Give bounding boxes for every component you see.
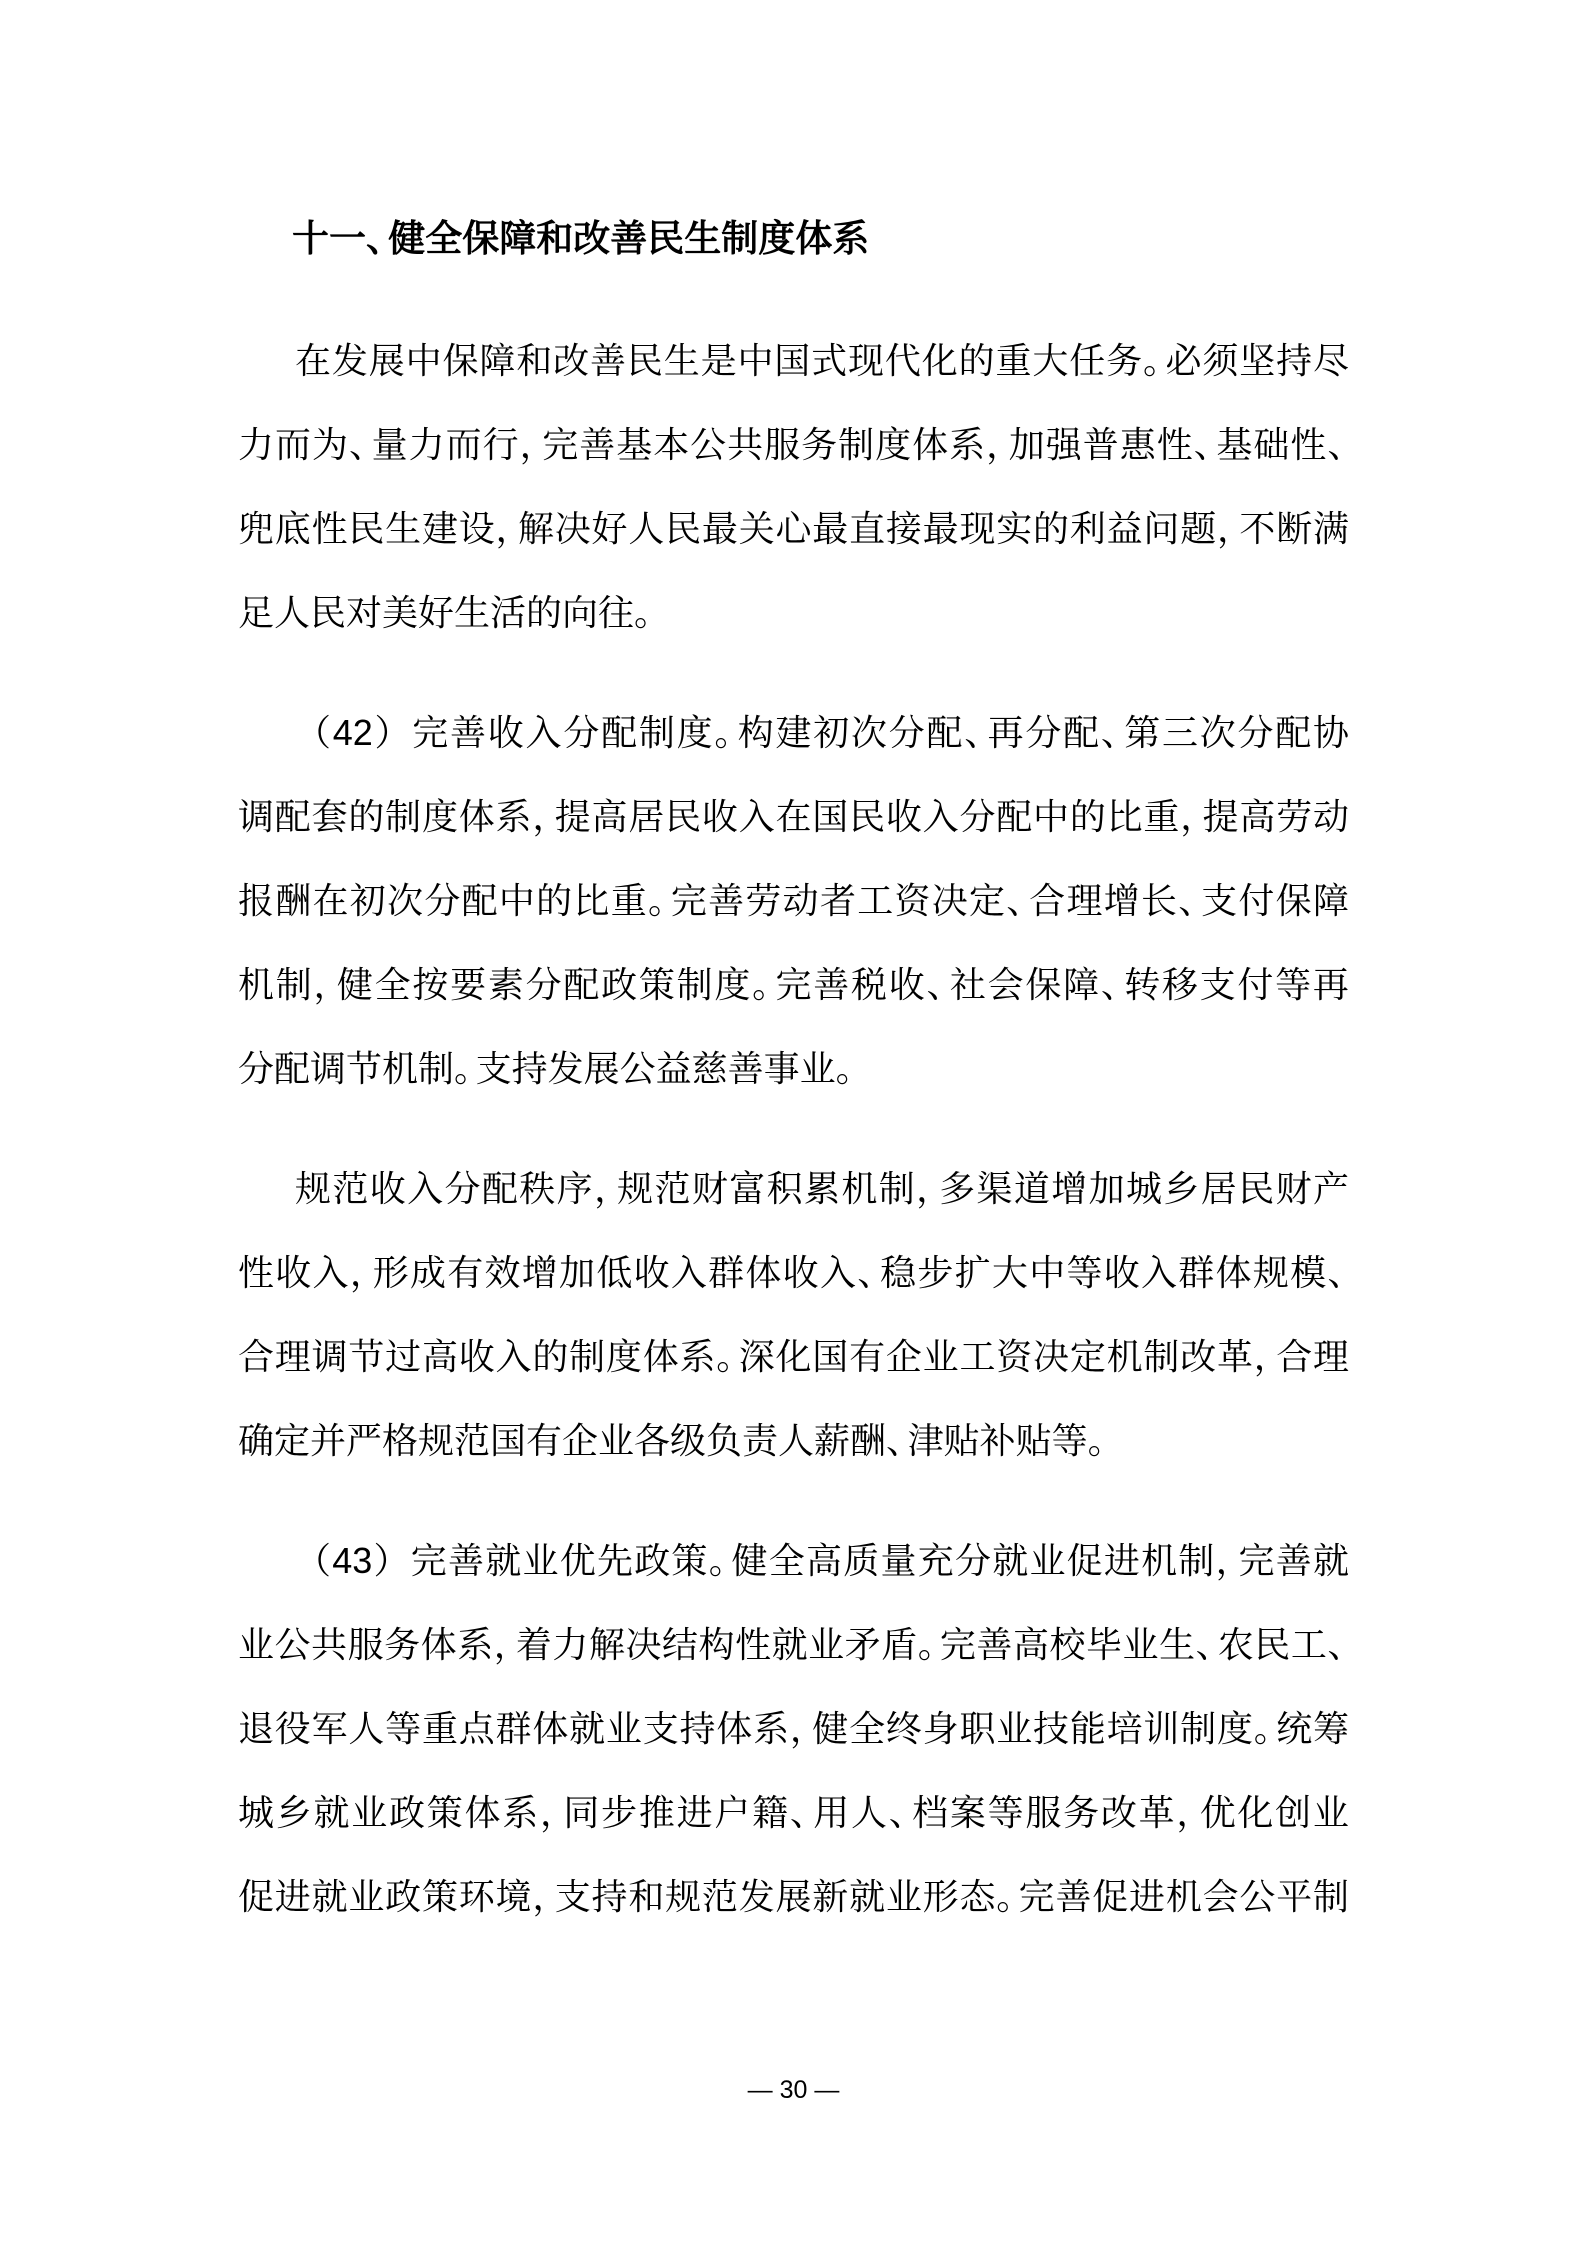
text-line: 在发展中保障和改善民生是中国式现代化的重大任务。必须坚持尽 (238, 319, 1349, 403)
text-line: 报酬在初次分配中的比重。完善劳动者工资决定、合理增长、支付保障 (238, 859, 1349, 943)
text-line: 确定并严格规范国有企业各级负责人薪酬、津贴补贴等。 (238, 1399, 1349, 1483)
text-line: 城乡就业政策体系，同步推进户籍、用人、档案等服务改革，优化创业 (238, 1771, 1349, 1855)
text-line: 兜底性民生建设，解决好人民最关心最直接最现实的利益问题，不断满 (238, 487, 1349, 571)
paragraph: （42）完善收入分配制度。构建初次分配、再分配、第三次分配协 调配套的制度体系，… (238, 691, 1349, 1111)
text-line: 业公共服务体系，着力解决结构性就业矛盾。完善高校毕业生、农民工、 (238, 1603, 1349, 1687)
section-heading: 十一、健全保障和改善民生制度体系 (292, 197, 1349, 281)
text-line: 分配调节机制。支持发展公益慈善事业。 (238, 1027, 1349, 1111)
text-line: 机制，健全按要素分配政策制度。完善税收、社会保障、转移支付等再 (238, 943, 1349, 1027)
document-page: 十一、健全保障和改善民生制度体系 在发展中保障和改善民生是中国式现代化的重大任务… (0, 0, 1587, 2245)
text-line: 调配套的制度体系，提高居民收入在国民收入分配中的比重，提高劳动 (238, 775, 1349, 859)
text-line: 规范收入分配秩序，规范财富积累机制，多渠道增加城乡居民财产 (238, 1147, 1349, 1231)
text-line: 足人民对美好生活的向往。 (238, 571, 1349, 655)
text-line: 性收入，形成有效增加低收入群体收入、稳步扩大中等收入群体规模、 (238, 1231, 1349, 1315)
page-content: 十一、健全保障和改善民生制度体系 在发展中保障和改善民生是中国式现代化的重大任务… (238, 197, 1349, 1939)
text-line: 退役军人等重点群体就业支持体系，健全终身职业技能培训制度。统筹 (238, 1687, 1349, 1771)
text-line: （42）完善收入分配制度。构建初次分配、再分配、第三次分配协 (238, 691, 1349, 775)
text-line: 力而为、量力而行，完善基本公共服务制度体系，加强普惠性、基础性、 (238, 403, 1349, 487)
text-line: 促进就业政策环境，支持和规范发展新就业形态。完善促进机会公平制 (238, 1855, 1349, 1939)
paragraph: （43）完善就业优先政策。健全高质量充分就业促进机制，完善就 业公共服务体系，着… (238, 1519, 1349, 1939)
page-number: — 30 — (0, 2075, 1587, 2105)
paragraph: 规范收入分配秩序，规范财富积累机制，多渠道增加城乡居民财产 性收入，形成有效增加… (238, 1147, 1349, 1483)
paragraph: 在发展中保障和改善民生是中国式现代化的重大任务。必须坚持尽 力而为、量力而行，完… (238, 319, 1349, 655)
text-line: （43）完善就业优先政策。健全高质量充分就业促进机制，完善就 (238, 1519, 1349, 1603)
text-line: 合理调节过高收入的制度体系。深化国有企业工资决定机制改革，合理 (238, 1315, 1349, 1399)
